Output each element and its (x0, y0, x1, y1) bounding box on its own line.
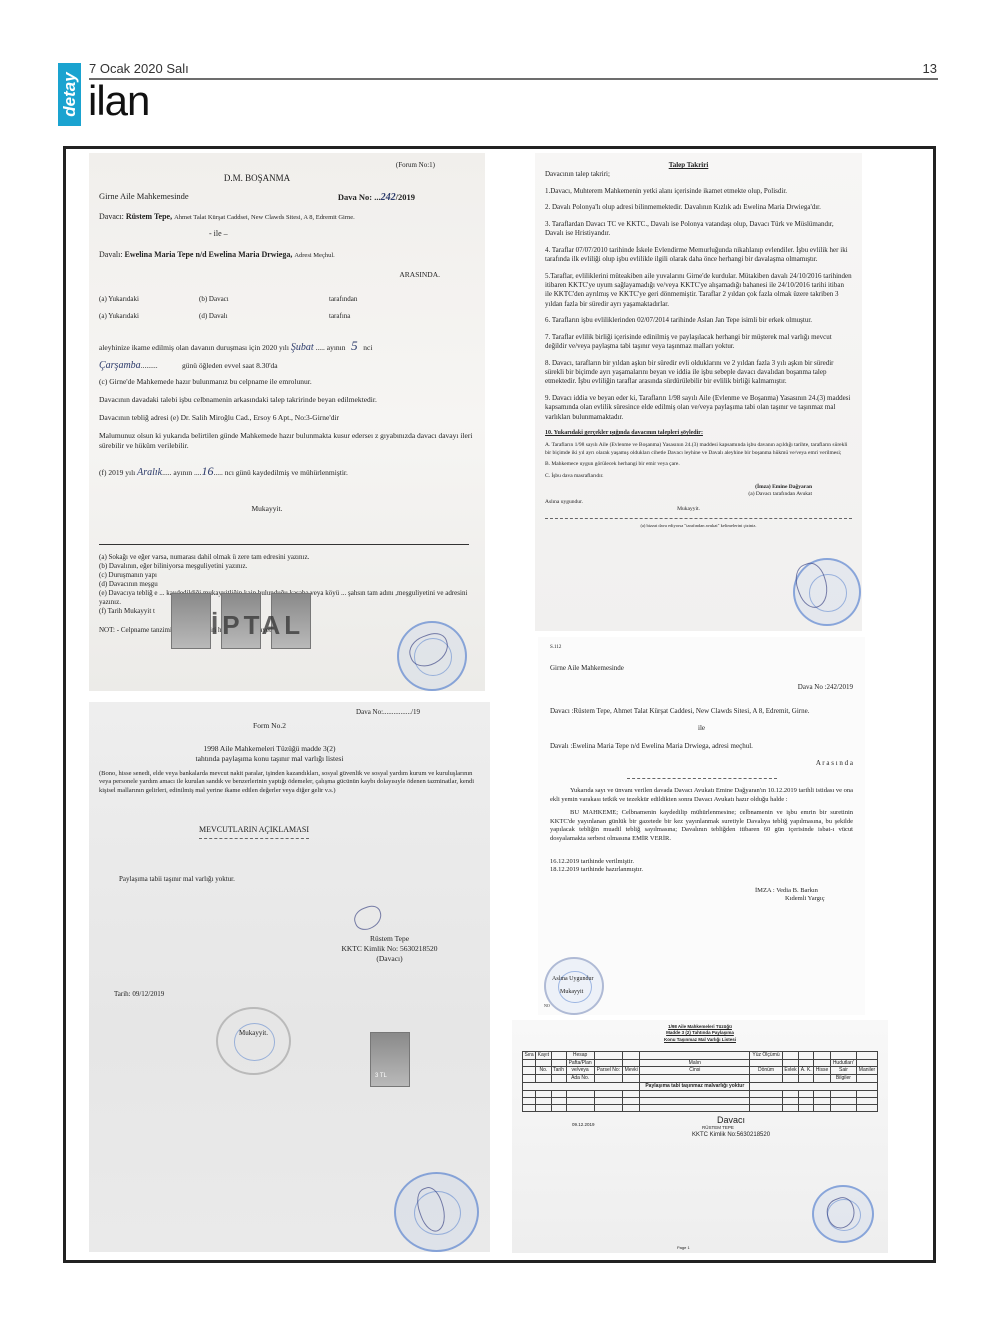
table-cell (830, 1090, 856, 1097)
immovable-assets-form: 1/98 Aile Mahkemeleri Tüzüğü Madde 3 (2)… (512, 1020, 888, 1253)
court-name: Girne Aile Mahkemesinde (99, 191, 189, 205)
case-number: Dava No: ...242/2019 (338, 191, 415, 205)
table-header-cell (594, 1059, 622, 1067)
petition-item: 7. Taraflar evlilik birliği içerisinde e… (545, 333, 852, 352)
table-cell (814, 1097, 831, 1104)
table-cell (830, 1104, 856, 1111)
assets-table: SıraKayıtHesapYüz Ölçümü Pafta/PlanMalın… (522, 1051, 878, 1112)
doc-title: D.M. BOŞANMA (89, 172, 475, 184)
table-header-cell: Malın (640, 1059, 750, 1067)
table-cell (536, 1090, 552, 1097)
no-assets-note: Paylaşıma tabi taşınmaz malvarlığı yoktu… (640, 1082, 750, 1090)
hearing-line: aleyhinize ikame edilmiş olan davanın du… (99, 337, 475, 355)
signer-id: KKTC Kimlik No:5630218520 (692, 1131, 770, 1139)
table-header-cell (814, 1059, 831, 1067)
cancelled-revenue-stamps: İPTAL (171, 593, 371, 649)
table-header-cell: Hesap (566, 1051, 594, 1059)
table-cell (523, 1104, 536, 1111)
table-header-cell: Yüz Ölçümü (750, 1051, 783, 1059)
court-order-document: S.112 Girne Aile Mahkemesinde Dava No :2… (538, 637, 865, 1015)
petition-document: Talep Takriri Davacının talep takriri; 1… (535, 153, 862, 631)
table-header-cell: Dönüm (750, 1067, 783, 1075)
table-header-cell: Bilgiler (830, 1075, 856, 1083)
table-cell (523, 1090, 536, 1097)
table-header-cell (623, 1059, 640, 1067)
table-cell (640, 1097, 750, 1104)
table-cell (536, 1104, 552, 1111)
arasinda: A r a s ı n d a (550, 759, 853, 768)
table-cell (566, 1090, 594, 1097)
table-cell (551, 1090, 566, 1097)
summons-document: (Forum No:1) D.M. BOŞANMA Girne Aile Mah… (89, 153, 485, 691)
table-cell (782, 1090, 798, 1097)
table-cell (782, 1097, 798, 1104)
table-header-cell: Hisse (814, 1067, 831, 1075)
table-cell (750, 1104, 783, 1111)
order-paragraph: BU MAHKEME; Celbnamenin kaydedilip mühür… (550, 809, 853, 844)
table-cell (551, 1104, 566, 1111)
petition-intro: Davacının talep takriri; (545, 170, 852, 179)
table-header-cell (830, 1051, 856, 1059)
party-row-role: (d) Davalı (199, 312, 329, 321)
table-header-cell (536, 1059, 552, 1067)
table-header-row: No.Tarihve/veyaParsel No:MevkiCinsiDönüm… (523, 1067, 878, 1075)
cancel-overprint: İPTAL (211, 608, 304, 643)
table-header-cell (799, 1051, 814, 1059)
table-header-cell (640, 1075, 750, 1083)
table-header-cell (523, 1067, 536, 1075)
form-number: (Forum No:1) (99, 161, 475, 170)
table-header-cell (594, 1051, 622, 1059)
table-header-cell (799, 1059, 814, 1067)
section-heading: MEVCUTLARIN AÇIKLAMASI (199, 825, 480, 836)
table-header-cell (750, 1075, 783, 1083)
hearing-time-line: Çarşamba......... günü öğleden evvel saa… (99, 359, 475, 373)
table-header-cell: Sıra (523, 1051, 536, 1059)
plaintiff-line: Davacı :Rüstem Tepe, Ahmet Talat Kürşat … (550, 707, 853, 716)
court-seal-icon (544, 957, 604, 1015)
header-rule (89, 78, 938, 80)
party-row-side: tarafından (329, 295, 475, 304)
table-cell (857, 1097, 878, 1104)
table-cell (623, 1097, 640, 1104)
petition-item: 3. Taraflardan Davacı TC ve KKTC., Daval… (545, 220, 852, 239)
plaintiff-line: Davacı: Rüstem Tepe, Ahmet Talat Kürşat … (99, 212, 475, 223)
certified-copy: Aslına uygundur. (545, 499, 852, 506)
table-cell (594, 1090, 622, 1097)
line-talep: Davacının davadaki talebi işbu celbnamen… (99, 395, 475, 405)
mukayyit: Mukayyit. (535, 506, 852, 513)
table-cell (814, 1104, 831, 1111)
table-cell (750, 1097, 783, 1104)
table-header-cell (640, 1051, 750, 1059)
party-row-label: (a) Yukarıdaki (99, 312, 199, 321)
requests-title: 10. Yukarıdaki gerçekler ışığında davacı… (545, 429, 852, 437)
table-row (523, 1104, 878, 1111)
brand-name: detay (58, 63, 81, 126)
mukayyit: Mukayyit (560, 988, 583, 996)
petition-item: 1.Davacı, Muhterem Mahkemenin yetki alan… (545, 187, 852, 196)
list-date: 09.12.2019 (572, 1122, 595, 1128)
table-cell (782, 1104, 798, 1111)
table-row: Paylaşıma tabi taşınmaz malvarlığı yoktu… (523, 1082, 878, 1090)
table-header-cell: Cinsi (640, 1067, 750, 1075)
order-dates: 16.12.2019 tarihinde verilmiştir. 18.12.… (550, 858, 853, 875)
line-malum: Malumunuz olsun ki yukarıda belirtilen g… (99, 431, 475, 451)
table-header-cell (536, 1075, 552, 1083)
table-header-cell (814, 1075, 831, 1083)
table-header-cell: A. K. (799, 1067, 814, 1075)
table-cell (814, 1090, 831, 1097)
table-header-cell (857, 1051, 878, 1059)
ile-text: - ile – (99, 229, 475, 240)
party-row-label: (a) Yukarıdaki (99, 295, 199, 304)
judge-signature: İMZA : Vedia B. Barkın Kıdemli Yargıç (755, 887, 853, 904)
declarant-block: Rüstem Tepe KKTC Kimlik No: 5630218520 (… (299, 934, 480, 963)
defendant-line: Davalı :Ewelina Maria Tepe n/d Ewelina M… (550, 742, 853, 751)
table-header-cell: Parsel No: (594, 1067, 622, 1075)
table-header-cell: Mevki (623, 1067, 640, 1075)
request-item: A. Tarafların 1/98 sayılı Aile (Evlenme … (545, 442, 852, 457)
table-cell (594, 1097, 622, 1104)
table-cell (623, 1104, 640, 1111)
table-cell (566, 1097, 594, 1104)
form-date: Tarih: 09/12/2019 (114, 990, 480, 999)
form-description: (Bono, hisse senedi, elde veya bankalard… (99, 770, 480, 795)
table-header-cell (782, 1075, 798, 1083)
lawyer-signature: (İmza) Emine Dağyaran (a) Davacı tarafın… (545, 484, 852, 499)
table-header-cell: Maniler (857, 1067, 878, 1075)
footnote: (a) bizzat dava ediyorsa "tarafından avu… (545, 523, 852, 529)
page-number: 13 (923, 61, 937, 76)
table-header-cell (782, 1059, 798, 1067)
mukayyit: Mukayyit. (89, 504, 475, 514)
party-row-role: (b) Davacı (199, 295, 329, 304)
revenue-stamp (171, 593, 211, 649)
order-paragraph: Yukarıda sayı ve ünvanı verilen davada D… (550, 787, 853, 805)
table-row (523, 1097, 878, 1104)
table-header-cell (623, 1051, 640, 1059)
page-footer: Page 1 (677, 1245, 690, 1250)
table-header-cell: No. (536, 1067, 552, 1075)
table-header-cell: Tarih (551, 1067, 566, 1075)
divider (99, 544, 469, 545)
table-header-cell: Evlek (782, 1067, 798, 1075)
petition-item: 8. Davacı, tarafların bir yıldan aşkın b… (545, 359, 852, 387)
party-row-side: tarafına (329, 312, 475, 321)
ile-text: ile (550, 724, 853, 733)
line-teblig: Davacının tebliğ adresi (e) Dr. Salih Mi… (99, 413, 475, 423)
certified-copy: Aslına Uygundur (552, 975, 594, 983)
table-header-cell: Pafta/Plan (566, 1059, 594, 1067)
signature-icon (351, 903, 385, 933)
table-cell (623, 1090, 640, 1097)
table-cell (830, 1097, 856, 1104)
table-cell (799, 1090, 814, 1097)
petition-item: 2. Davalı Polonya'lı olup adresi bilinme… (545, 203, 852, 212)
request-item: B. Mahkemece uygun görülecek herhangi bi… (545, 461, 852, 468)
table-header-cell: ve/veya (566, 1067, 594, 1075)
table-header-cell (551, 1075, 566, 1083)
form-number: Form No.2 (89, 721, 480, 731)
table-cell (640, 1104, 750, 1111)
table-cell (640, 1090, 750, 1097)
table-header-cell (814, 1051, 831, 1059)
form-title: 1998 Aile Mahkemeleri Tüzüğü madde 3(2) … (89, 744, 480, 764)
arasinda: ARASINDA. (99, 270, 475, 280)
reference: S.112 (550, 645, 853, 652)
table-cell (857, 1104, 878, 1111)
statement: Paylaşıma tabii taşınır mal varlığı yokt… (119, 875, 480, 884)
court-name: Girne Aile Mahkemesinde (550, 664, 853, 673)
table-header-cell (523, 1059, 536, 1067)
table-header-row: Pafta/PlanMalınHudutları' (523, 1059, 878, 1067)
table-header-cell: Kayıt (536, 1051, 552, 1059)
petition-item: 6. Tarafların işbu evliliklerinden 02/07… (545, 316, 852, 325)
petition-item: 5.Taraflar, evliliklerini müteakiben ail… (545, 272, 852, 310)
table-cell (750, 1090, 783, 1097)
table-header-cell: Ada No. (566, 1075, 594, 1083)
table-header-cell (857, 1075, 878, 1083)
table-cell (523, 1097, 536, 1104)
table-cell (799, 1097, 814, 1104)
defendant-line: Davalı: Ewelina Maria Tepe n/d Ewelina M… (99, 250, 475, 261)
table-header-cell: Hudutları' (830, 1059, 856, 1067)
table-header-cell (799, 1075, 814, 1083)
registered-line: (f) 2019 yılı Aralık..... ayının ....16.… (99, 463, 475, 480)
table-header-cell: Sair (830, 1067, 856, 1075)
table-header-row: Ada No.Bilgiler (523, 1075, 878, 1083)
seal-no: NO (544, 1003, 550, 1008)
table-header-cell (551, 1059, 566, 1067)
case-number: Dava No:................/19 (99, 708, 480, 717)
section-title: ilan (88, 80, 149, 122)
table-header-cell (857, 1059, 878, 1067)
table-cell (857, 1090, 878, 1097)
petition-title: Talep Takriri (535, 161, 852, 170)
table-header-cell (594, 1075, 622, 1083)
issue-date: 7 Ocak 2020 Salı (89, 61, 189, 76)
table-header-cell (750, 1059, 783, 1067)
table-cell (594, 1104, 622, 1111)
table-header-cell (551, 1051, 566, 1059)
table-cell (799, 1104, 814, 1111)
petition-item: 9. Davacı iddia ve beyan eder ki, Tarafl… (545, 394, 852, 422)
table-header-row: SıraKayıtHesapYüz Ölçümü (523, 1051, 878, 1059)
table-cell (566, 1104, 594, 1111)
table-row (523, 1090, 878, 1097)
table-header-cell (523, 1075, 536, 1083)
brand-logo: detay (58, 63, 81, 126)
table-cell (536, 1097, 552, 1104)
request-item: C. İşbu dava masraflarıdır. (545, 473, 852, 480)
list-title: 1/98 Aile Mahkemeleri Tüzüğü Madde 3 (2)… (522, 1024, 878, 1043)
table-header-cell (623, 1075, 640, 1083)
table-header-cell (782, 1051, 798, 1059)
revenue-stamp: 3 TL (370, 1032, 410, 1087)
petition-item: 4. Taraflar 07/07/2010 tarihinde İskele … (545, 246, 852, 265)
court-seal-icon (216, 1007, 291, 1075)
line-c: (c) Girne'de Mahkemede hazır bulunmanız … (99, 377, 475, 387)
movable-assets-form: Dava No:................/19 Form No.2 19… (89, 702, 490, 1252)
case-number: Dava No :242/2019 (550, 683, 853, 692)
table-cell (551, 1097, 566, 1104)
